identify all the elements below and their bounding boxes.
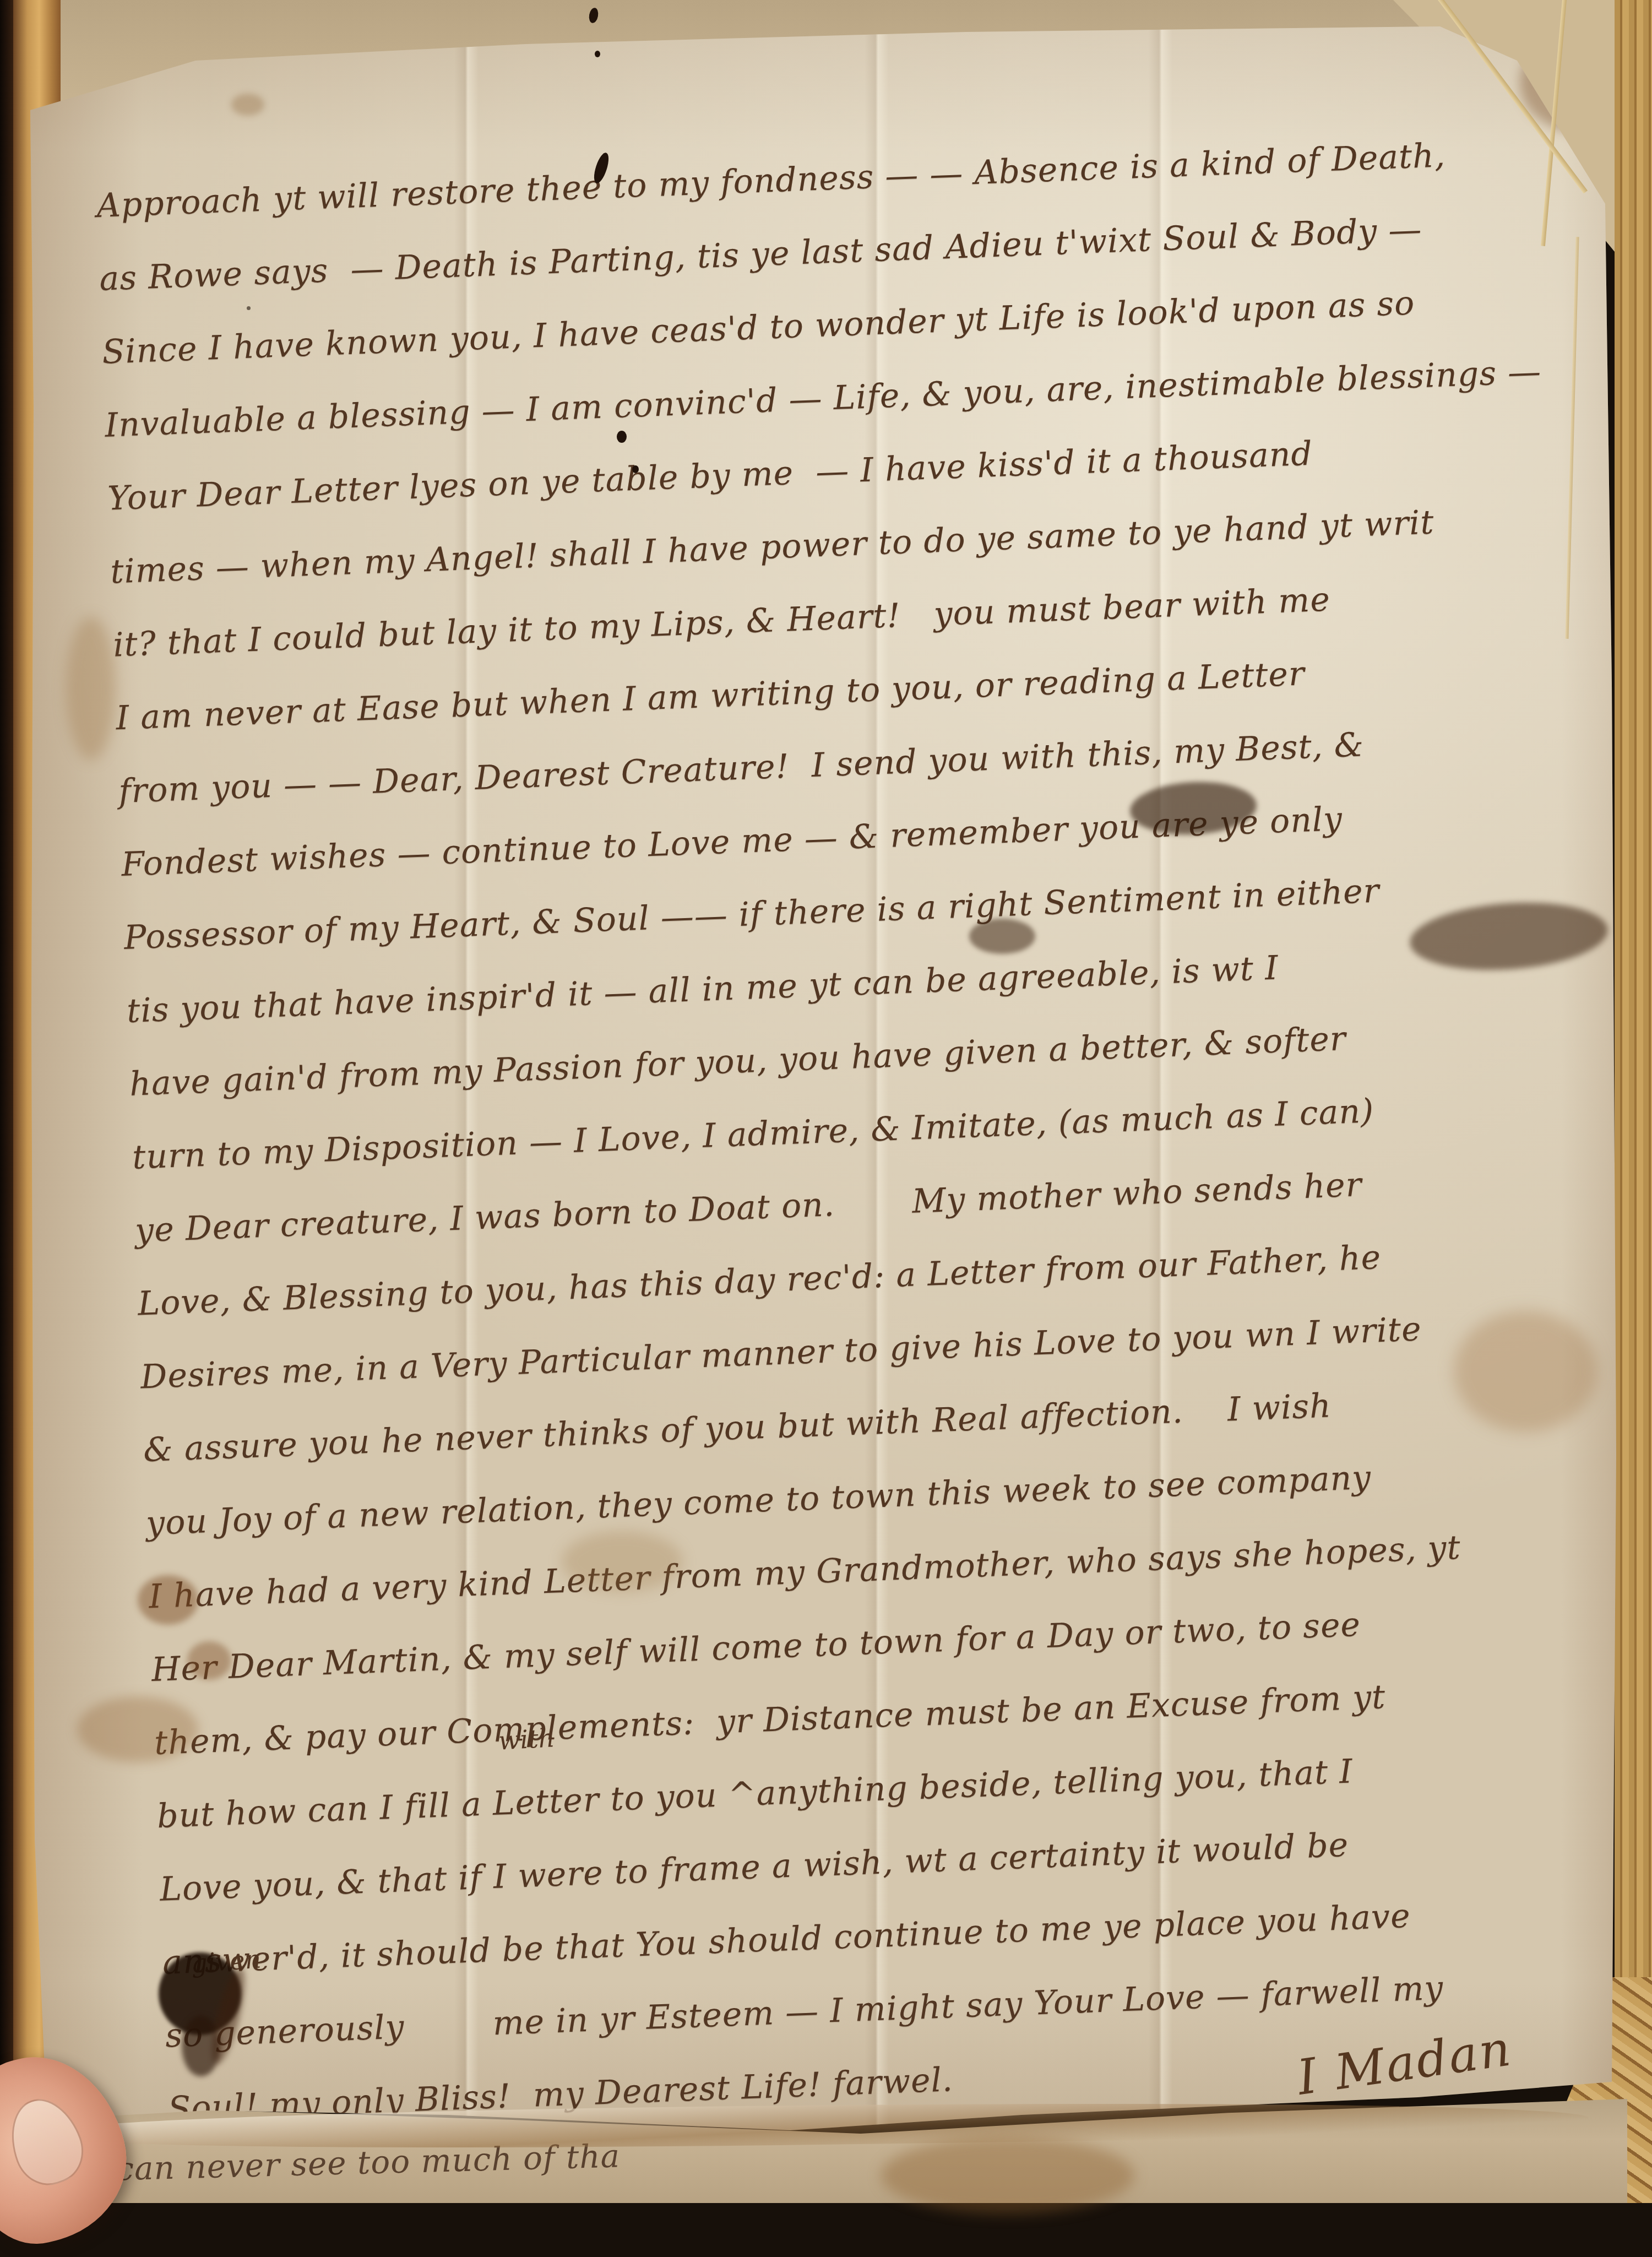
photo-of-letter: I can never see too much of tha Approach… (0, 0, 1652, 2203)
letter-text: Approach yt will restore thee to my fond… (95, 116, 1606, 2146)
page-edges-right (1615, 0, 1652, 2203)
paper-stain (231, 94, 264, 116)
paper-stain (187, 1641, 231, 1680)
ink-spot (595, 51, 600, 57)
paper-stain (66, 617, 116, 760)
ink-spot (247, 306, 251, 310)
paper-stain (1454, 1311, 1597, 1432)
ink-spot (617, 431, 627, 443)
letter-page: Approach yt will restore thee to my fond… (30, 22, 1641, 2153)
paper-stain (77, 1696, 198, 1762)
inserted-word-with: with (498, 1725, 555, 1753)
paper-stain (138, 1575, 198, 1625)
thumbnail (0, 2089, 93, 2194)
ink-spot (632, 465, 639, 473)
ink-blot (969, 919, 1035, 954)
paper-stain (562, 1531, 683, 1592)
